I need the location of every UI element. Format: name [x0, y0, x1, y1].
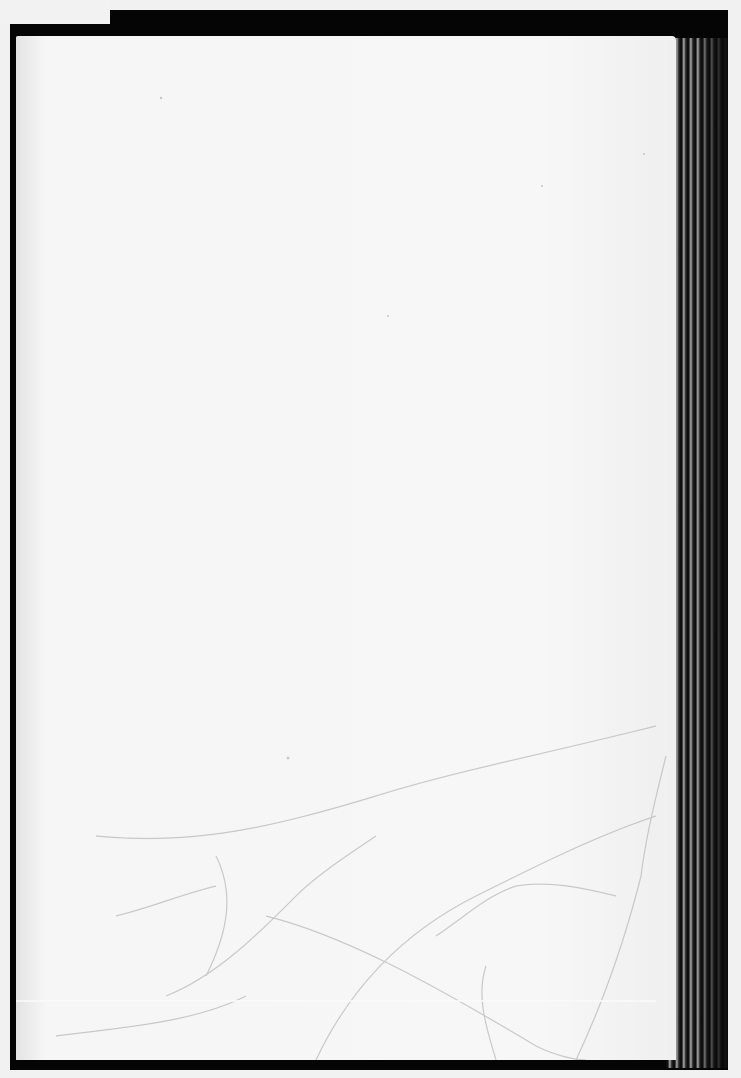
map-show-through [16, 36, 676, 1060]
book-edge-shadow [700, 38, 728, 1068]
scan-artifact-line [16, 1000, 656, 1002]
scan-margin-notch [0, 0, 110, 24]
